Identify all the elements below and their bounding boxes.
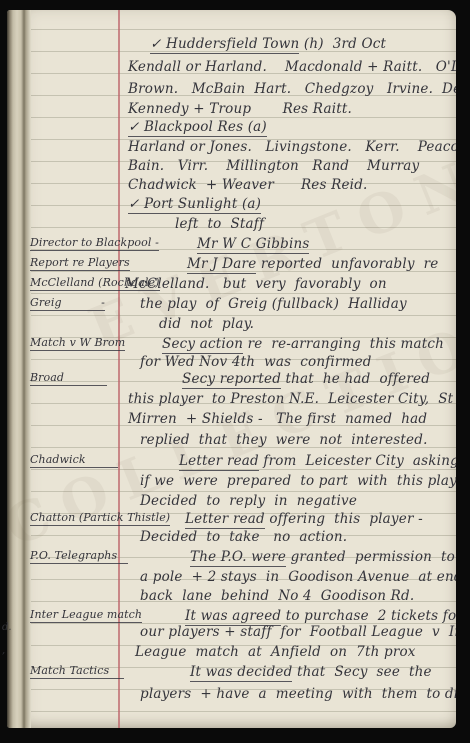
underlined-phrase: ✓ Blackpool Res (a) <box>128 119 267 137</box>
margin-note: Report re Players <box>30 256 130 269</box>
line-text: League match at Anfield on 7th prox <box>135 644 416 660</box>
line-text: the play of Greig (fullback) Halliday <box>140 296 407 312</box>
line-text: Brown. McBain Hart. Chedgzoy Irvine. Dea… <box>128 81 456 97</box>
line-text: Kendall or Harland. Macdonald + Raitt. O… <box>128 59 456 75</box>
margin-note-text: Inter League match <box>30 608 142 623</box>
handwritten-line: this player to Preston N.E. Leicester Ci… <box>128 391 453 407</box>
handwritten-line: ✓ Huddersfield Town (h) 3rd Oct <box>150 36 386 52</box>
underlined-phrase: Secy reported <box>182 371 281 389</box>
margin-note-text: Chatton (Partick Thistle) <box>30 511 170 526</box>
margin-note: McClelland (Rochdale) <box>30 276 160 289</box>
line-text: granted permission to erect <box>286 549 456 565</box>
line-text: players + have a meeting with them to di… <box>140 686 456 702</box>
line-text: if we were prepared to part with this pl… <box>140 473 456 489</box>
underlined-phrase: Letter read <box>185 511 265 529</box>
stray-ink-mark: , <box>2 645 5 656</box>
ledger-page: EVERTON COLLECTION ✓ Huddersfield Town (… <box>7 10 456 728</box>
line-text: that he had offered <box>281 371 430 387</box>
line-text: McClelland. but very favorably on <box>125 276 387 292</box>
line-text: back lane behind No 4 Goodison Rd. <box>140 588 414 604</box>
underlined-phrase: Mr J Dare <box>187 256 256 274</box>
underlined-phrase: Secy action <box>162 336 243 354</box>
line-text: Mirren + Shields - The first named had <box>128 411 427 427</box>
underlined-phrase: Mr W C Gibbins <box>197 236 309 254</box>
handwritten-line: for Wed Nov 4th was confirmed <box>140 354 372 370</box>
margin-note-text: Greig - <box>30 296 105 311</box>
line-text: Kennedy + Troup Res Raitt. <box>128 101 352 117</box>
line-text: Chadwick + Weaver Res Reid. <box>128 177 368 193</box>
handwritten-line: Decided to take no action. <box>140 529 347 545</box>
line-text: to purchase 2 tickets for <box>281 608 456 624</box>
margin-note: P.O. Telegraphs <box>30 549 128 562</box>
margin-note-text: P.O. Telegraphs <box>30 549 128 564</box>
margin-note-text: Match v W Brom <box>30 336 125 351</box>
handwritten-line: Chadwick + Weaver Res Reid. <box>128 177 368 193</box>
handwritten-line: Letter read offering this player - <box>185 511 423 527</box>
margin-note: Inter League match <box>30 608 142 621</box>
line-text: reported unfavorably re <box>256 256 438 272</box>
margin-note-text: McClelland (Rochdale) <box>30 276 160 291</box>
handwritten-line: It was decided that Secy see the <box>190 664 432 680</box>
handwritten-line: League match at Anfield on 7th prox <box>135 644 416 660</box>
handwritten-line: if we were prepared to part with this pl… <box>140 473 456 489</box>
underlined-phrase: ✓ Port Sunlight (a) <box>128 196 261 214</box>
handwritten-line: left to Staff <box>175 216 264 232</box>
handwritten-line: Harland or Jones. Livingstone. Kerr. Pea… <box>128 139 456 155</box>
underlined-phrase: Letter read <box>179 453 259 471</box>
handwritten-line: our players + staff for Football League … <box>140 624 456 640</box>
handwritten-line: replied that they were not interested. <box>140 432 428 448</box>
line-text: that Secy see the <box>292 664 431 680</box>
line-text: Harland or Jones. Livingstone. Kerr. Pea… <box>128 139 456 155</box>
line-text: from Leicester City asking <box>259 453 456 469</box>
line-text: Decided to take no action. <box>140 529 347 545</box>
handwritten-line: Secy action re re-arranging this match <box>162 336 444 352</box>
handwritten-line: Kendall or Harland. Macdonald + Raitt. O… <box>128 59 456 75</box>
underlined-phrase: ✓ Huddersfield Town <box>150 36 299 54</box>
handwritten-line: Decided to reply in negative <box>140 493 357 509</box>
photo-backdrop: EVERTON COLLECTION ✓ Huddersfield Town (… <box>0 0 470 743</box>
handwritten-line: back lane behind No 4 Goodison Rd. <box>140 588 414 604</box>
margin-note-text: Report re Players <box>30 256 130 271</box>
line-text: our players + staff for Football League … <box>140 624 456 640</box>
handwritten-line: Mirren + Shields - The first named had <box>128 411 427 427</box>
handwritten-line: Brown. McBain Hart. Chedgzoy Irvine. Dea… <box>128 81 456 97</box>
line-text: re re-arranging this match <box>243 336 444 352</box>
handwritten-line: Secy reported that he had offered <box>182 371 430 387</box>
line-text: replied that they were not interested. <box>140 432 428 448</box>
margin-note: Chatton (Partick Thistle) <box>30 511 170 524</box>
line-text: did not play. <box>159 316 254 332</box>
margin-note-text: Director to Blackpool - <box>30 236 159 251</box>
handwritten-line: players + have a meeting with them to di… <box>140 686 456 702</box>
line-text: left to Staff <box>175 216 264 232</box>
handwritten-line: a pole + 2 stays in Goodison Avenue at e… <box>140 569 456 585</box>
handwritten-line: ✓ Port Sunlight (a) <box>128 196 261 212</box>
underlined-phrase: It was decided <box>190 664 292 682</box>
margin-note-text: Chadwick <box>30 453 118 468</box>
line-text: (h) 3rd Oct <box>299 36 386 52</box>
margin-note-text: Broad <box>30 371 107 386</box>
underlined-phrase: The P.O. were <box>190 549 286 567</box>
margin-note: Director to Blackpool - <box>30 236 159 249</box>
line-text: offering this player - <box>265 511 423 527</box>
margin-note: Chadwick <box>30 453 118 466</box>
line-text: Decided to reply in negative <box>140 493 357 509</box>
handwritten-line: Mr W C Gibbins <box>197 236 309 252</box>
line-text: Bain. Virr. Millington Rand Murray <box>128 158 419 174</box>
line-text: a pole + 2 stays in Goodison Avenue at e… <box>140 569 456 585</box>
handwritten-line: The P.O. were granted permission to erec… <box>190 549 456 565</box>
handwritten-line: McClelland. but very favorably on <box>125 276 387 292</box>
handwritten-line: Bain. Virr. Millington Rand Murray <box>128 158 419 174</box>
margin-note: Broad <box>30 371 107 384</box>
margin-note: Match v W Brom <box>30 336 125 349</box>
margin-note-text: Match Tactics <box>30 664 124 679</box>
handwritten-line: the play of Greig (fullback) Halliday <box>140 296 407 312</box>
line-text: this player to Preston N.E. Leicester Ci… <box>128 391 453 407</box>
margin-note: Match Tactics <box>30 664 124 677</box>
handwritten-line: ✓ Blackpool Res (a) <box>128 119 267 135</box>
handwritten-line: It was agreed to purchase 2 tickets for <box>185 608 456 624</box>
handwritten-line: Letter read from Leicester City asking <box>179 453 456 469</box>
line-text: for Wed Nov 4th was confirmed <box>140 354 372 370</box>
stray-ink-mark: d. <box>2 622 12 633</box>
handwritten-line: Kennedy + Troup Res Raitt. <box>128 101 352 117</box>
margin-note: Greig - <box>30 296 105 309</box>
binding-edge <box>7 10 31 728</box>
handwritten-line: did not play. <box>159 316 254 332</box>
handwritten-line: Mr J Dare reported unfavorably re <box>187 256 439 272</box>
